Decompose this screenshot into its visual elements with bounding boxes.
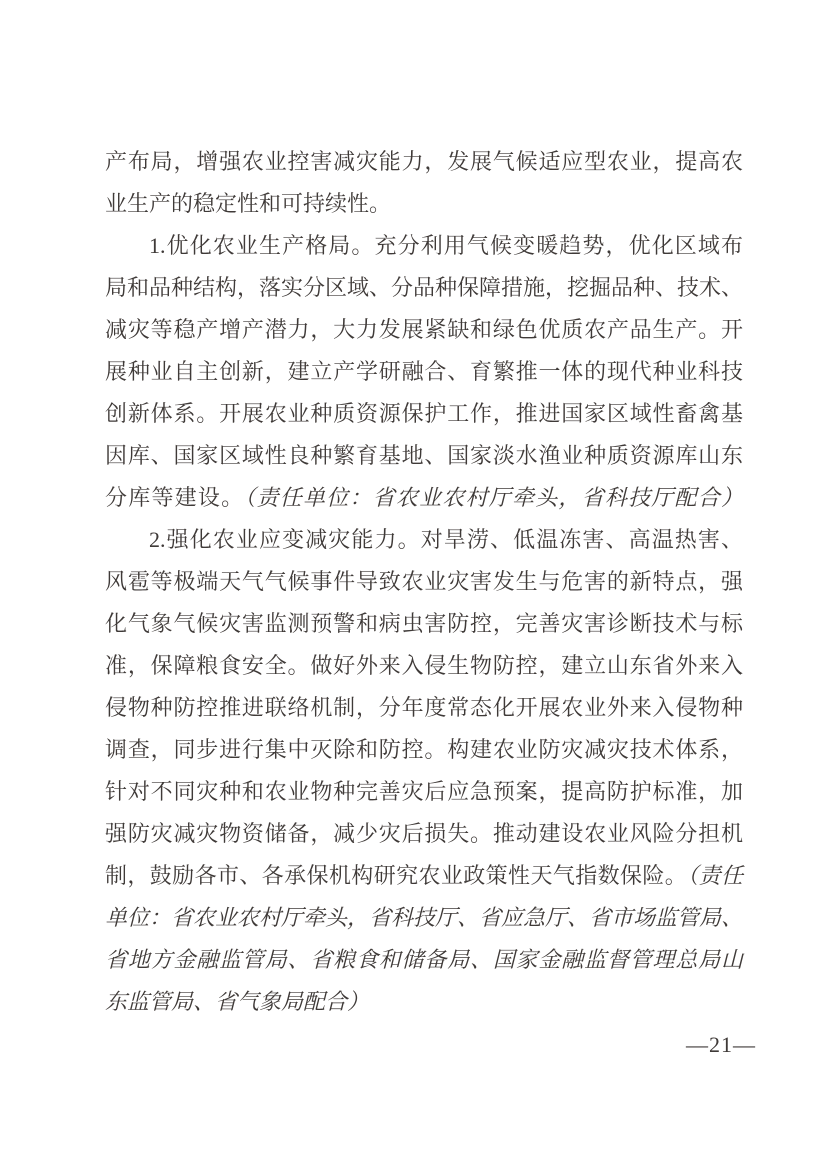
text-line-item-2: 2.强化农业应变减灾能力。对旱涝、低温冻害、高温热害、	[105, 519, 743, 561]
text-line: 业生产的稳定性和可持续性。	[105, 183, 743, 225]
text-line: 省地方金融监管局、省粮食和储备局、国家金融监督管理总局山	[105, 939, 743, 981]
text-segment: 展种业自主创新，建立产学研融合、育繁推一体的现代种业科技	[105, 359, 743, 384]
text-segment: 创新体系。开展农业种质资源保护工作，推进国家区域性畜禽基	[105, 401, 743, 426]
text-segment: 侵物种防控推进联络机制，分年度常态化开展农业外来入侵物种	[105, 695, 743, 720]
responsibility-segment: （责任单位：省农业农村厅牵头，省科技厅配合）	[244, 485, 743, 510]
text-segment: 准，保障粮食安全。做好外来入侵生物防控，建立山东省外来入	[105, 653, 743, 678]
text-segment: 制，鼓励各市、各承保机构研究农业政策性天气指数保险。	[105, 863, 687, 888]
text-line-item-1: 1.优化农业生产格局。充分利用气候变暖趋势，优化区域布	[105, 225, 743, 267]
text-segment: 风雹等极端天气气候事件导致农业灾害发生与危害的新特点，强	[105, 569, 743, 594]
responsibility-segment: （责任	[687, 863, 743, 888]
body-text: 产布局，增强农业控害减灾能力，发展气候适应型农业，提高农 业生产的稳定性和可持续…	[105, 141, 743, 1023]
text-line: 风雹等极端天气气候事件导致农业灾害发生与危害的新特点，强	[105, 561, 743, 603]
page-number: —21—	[686, 1030, 756, 1060]
text-line: 化气象气候灾害监测预警和病虫害防控，完善灾害诊断技术与标	[105, 603, 743, 645]
text-line: 单位：省农业农村厅牵头，省科技厅、省应急厅、省市场监管局、	[105, 897, 743, 939]
text-line: 因库、国家区域性良种繁育基地、国家淡水渔业种质资源库山东	[105, 435, 743, 477]
text-line: 强防灾减灾物资储备，减少灾后损失。推动建设农业风险分担机	[105, 813, 743, 855]
text-segment: 业生产的稳定性和可持续性。	[105, 191, 391, 216]
text-line: 东监管局、省气象局配合）	[105, 981, 743, 1023]
text-segment: 产布局，增强农业控害减灾能力，发展气候适应型农业，提高农	[105, 149, 743, 174]
text-segment: 2.强化农业应变减灾能力。对旱涝、低温冻害、高温热害、	[149, 527, 743, 552]
text-segment: 因库、国家区域性良种繁育基地、国家淡水渔业种质资源库山东	[105, 443, 743, 468]
text-line: 制，鼓励各市、各承保机构研究农业政策性天气指数保险。（责任	[105, 855, 743, 897]
text-line: 调查，同步进行集中灭除和防控。构建农业防灾减灾技术体系，	[105, 729, 743, 771]
text-line: 创新体系。开展农业种质资源保护工作，推进国家区域性畜禽基	[105, 393, 743, 435]
text-segment: 减灾等稳产增产潜力，大力发展紧缺和绿色优质农产品生产。开	[105, 317, 743, 342]
text-segment: 调查，同步进行集中灭除和防控。构建农业防灾减灾技术体系，	[105, 737, 743, 762]
text-segment: 局和品种结构，落实分区域、分品种保障措施，挖掘品种、技术、	[105, 275, 743, 300]
text-segment: 分库等建设。	[105, 485, 244, 510]
text-segment: 化气象气候灾害监测预警和病虫害防控，完善灾害诊断技术与标	[105, 611, 743, 636]
text-line: 准，保障粮食安全。做好外来入侵生物防控，建立山东省外来入	[105, 645, 743, 687]
text-line: 产布局，增强农业控害减灾能力，发展气候适应型农业，提高农	[105, 141, 743, 183]
text-segment: 1.优化农业生产格局。充分利用气候变暖趋势，优化区域布	[149, 233, 743, 258]
responsibility-segment: 东监管局、省气象局配合）	[105, 989, 369, 1014]
text-segment: 针对不同灾种和农业物种完善灾后应急预案，提高防护标准，加	[105, 779, 743, 804]
text-segment: 强防灾减灾物资储备，减少灾后损失。推动建设农业风险分担机	[105, 821, 743, 846]
text-line: 侵物种防控推进联络机制，分年度常态化开展农业外来入侵物种	[105, 687, 743, 729]
text-line: 减灾等稳产增产潜力，大力发展紧缺和绿色优质农产品生产。开	[105, 309, 743, 351]
text-line: 针对不同灾种和农业物种完善灾后应急预案，提高防护标准，加	[105, 771, 743, 813]
text-line: 展种业自主创新，建立产学研融合、育繁推一体的现代种业科技	[105, 351, 743, 393]
document-page: 产布局，增强农业控害减灾能力，发展气候适应型农业，提高农 业生产的稳定性和可持续…	[0, 0, 826, 1169]
responsibility-segment: 省地方金融监管局、省粮食和储备局、国家金融监督管理总局山	[105, 947, 743, 972]
responsibility-segment: 单位：省农业农村厅牵头，省科技厅、省应急厅、省市场监管局、	[105, 905, 743, 930]
text-line: 分库等建设。（责任单位：省农业农村厅牵头，省科技厅配合）	[105, 477, 743, 519]
text-line: 局和品种结构，落实分区域、分品种保障措施，挖掘品种、技术、	[105, 267, 743, 309]
